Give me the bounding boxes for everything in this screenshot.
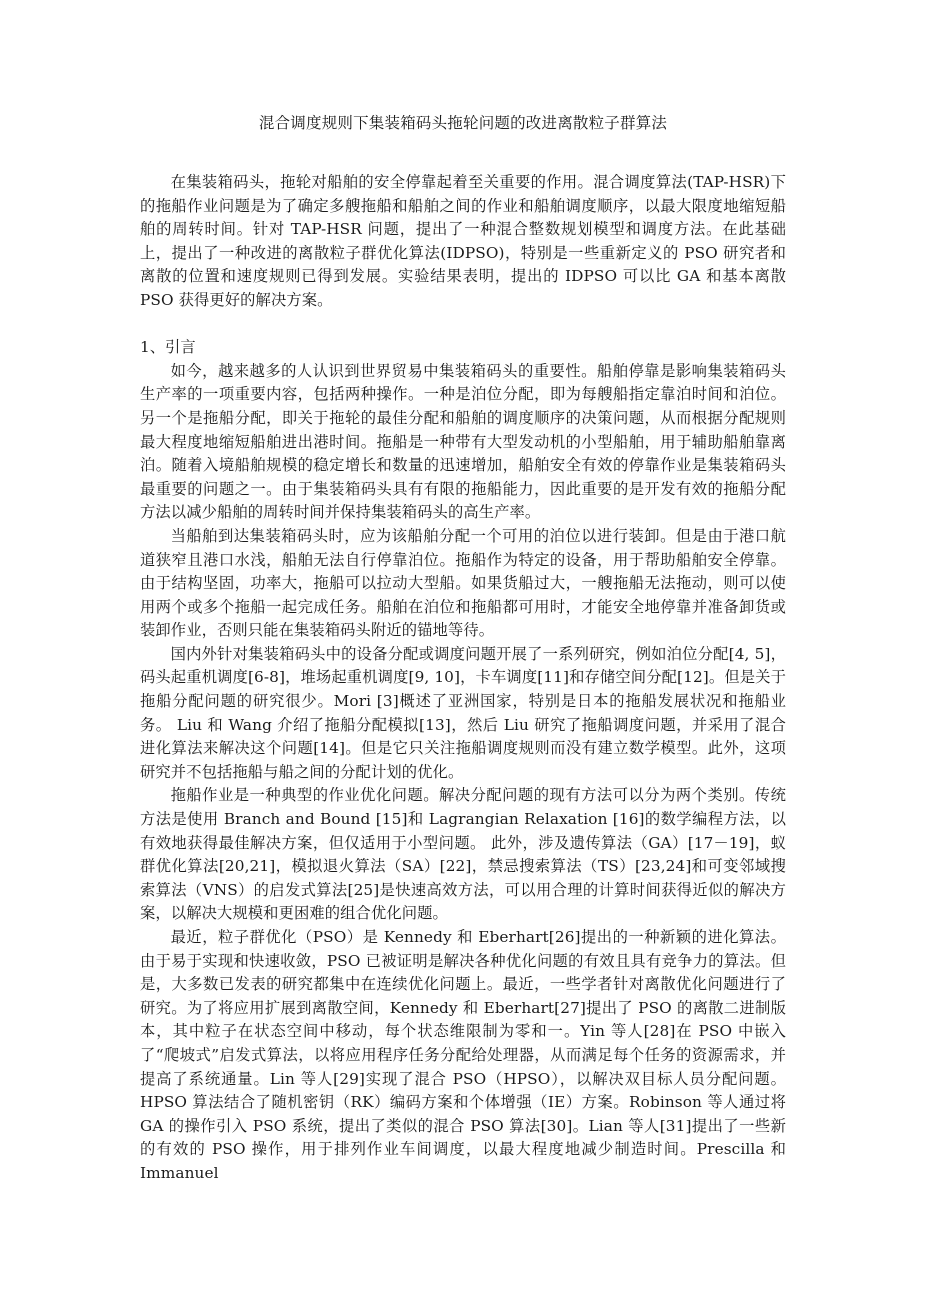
body-paragraph: 当船舶到达集装箱码头时，应为该船舶分配一个可用的泊位以进行装卸。但是由于港口航道… [140, 525, 786, 643]
section-heading: 1、引言 [140, 336, 786, 360]
body-paragraph: 拖船作业是一种典型的作业优化问题。解决分配问题的现有方法可以分为两个类别。传统方… [140, 784, 786, 926]
abstract-paragraph: 在集装箱码头，拖轮对船舶的安全停靠起着至关重要的作用。混合调度算法(TAP-HS… [140, 171, 786, 313]
section-introduction: 1、引言 如今，越来越多的人认识到世界贸易中集装箱码头的重要性。船舶停靠是影响集… [140, 336, 786, 1185]
body-paragraph: 最近，粒子群优化（PSO）是 Kennedy 和 Eberhart[26]提出的… [140, 926, 786, 1186]
body-paragraph: 国内外针对集装箱码头中的设备分配或调度问题开展了一系列研究，例如泊位分配[4, … [140, 643, 786, 785]
document-title: 混合调度规则下集装箱码头拖轮问题的改进离散粒子群算法 [140, 111, 786, 135]
document-page: 混合调度规则下集装箱码头拖轮问题的改进离散粒子群算法 在集装箱码头，拖轮对船舶的… [140, 111, 786, 1186]
body-paragraph: 如今，越来越多的人认识到世界贸易中集装箱码头的重要性。船舶停靠是影响集装箱码头生… [140, 360, 786, 525]
